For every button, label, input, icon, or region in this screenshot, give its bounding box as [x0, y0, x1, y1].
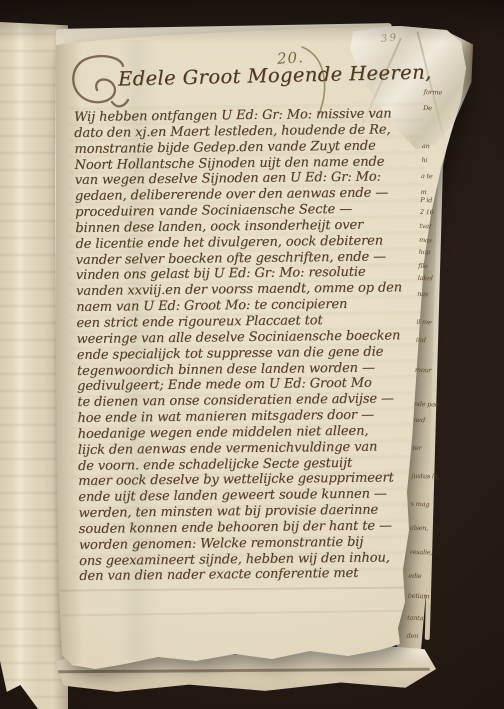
page-edge-fragment: den [406, 632, 418, 640]
page-edge-fragment: nas [417, 290, 428, 298]
page-edge-fragment: ned [413, 416, 425, 424]
page-edge-fragment: P id [420, 196, 432, 204]
page-edge-fragment: an [422, 142, 430, 150]
page-edge-fragment: ter [412, 444, 421, 452]
page-edge-fragment: s mag [411, 500, 430, 509]
page-edge-fragment: hi [421, 156, 427, 164]
page-edge-fragment: il me [416, 318, 431, 326]
page-edge-fragment: a te [421, 172, 433, 180]
page-edge-fragment: ind [416, 336, 426, 344]
page-edge-fragment: file [418, 262, 428, 270]
page-edge-fragment: 2 16 [420, 208, 434, 216]
page-edge-fragment: hop [419, 248, 431, 256]
horizontal-crease [62, 609, 422, 616]
manuscript-photo: 20. 39 Edele Groot Mogende Heeren, Wij h… [0, 0, 504, 709]
letter-body: Wij hebben ontfangen U Ed: Gr: Mo: missi… [74, 106, 445, 585]
page-edge-fragment: lakel [418, 274, 433, 282]
page-edge-fragment: justus le, [411, 472, 439, 481]
page-edge-fragment: mas [419, 236, 432, 244]
page-edge-fragment: nde pae [414, 400, 439, 409]
page-edge-fragment: vesalie, [409, 548, 432, 557]
page-edge-fragment: m [420, 188, 426, 196]
page-edge-fragment: tvat [419, 222, 431, 230]
manuscript-line: den van dien nader exacte conferentie me… [79, 565, 445, 585]
page-edge-fragment: mour [415, 366, 432, 375]
page-edge-fragment: tanta [407, 614, 423, 623]
page-edge-fragment: De [423, 104, 432, 112]
page-edge-fragment: alsen, [410, 524, 428, 533]
page-edge-fragment: betiam [408, 592, 430, 601]
folio-number-pencil: 39 [380, 32, 399, 45]
page-edge-fragment: edie [408, 572, 421, 580]
page-edge-fragment: forme [424, 88, 443, 97]
horizontal-crease [60, 586, 428, 591]
